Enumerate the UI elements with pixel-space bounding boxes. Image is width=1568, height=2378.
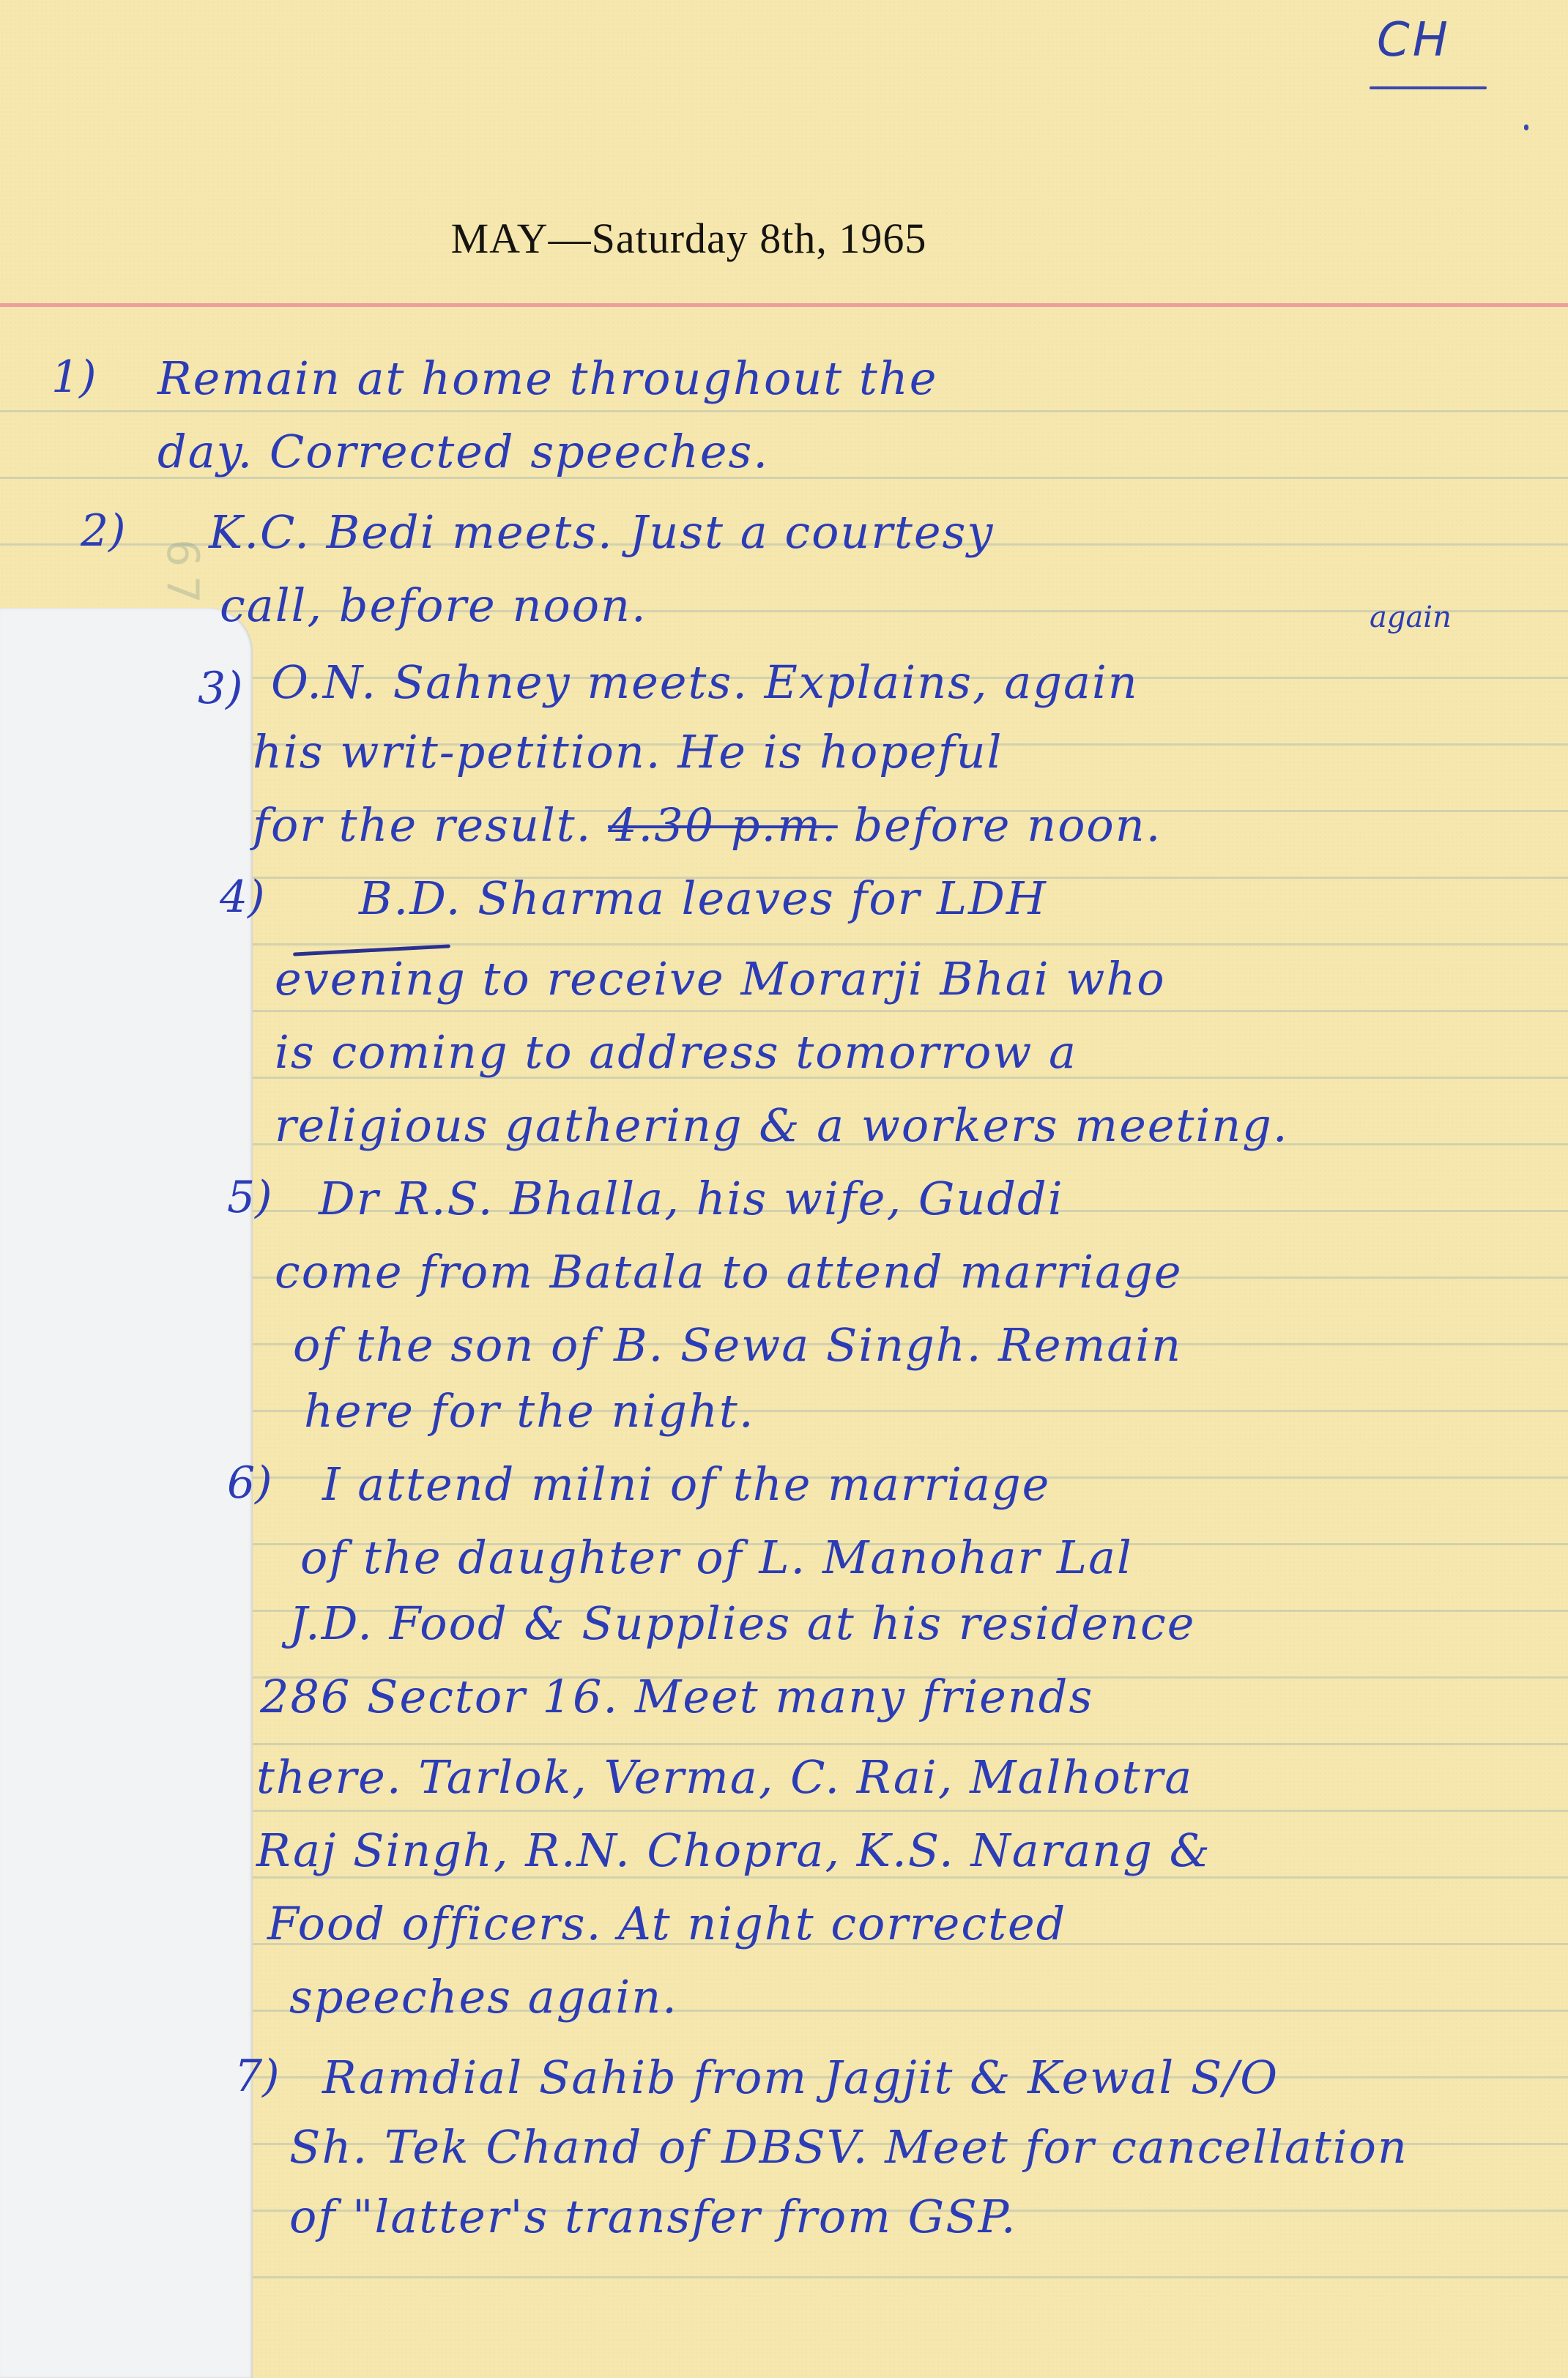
entry-line: his writ-petition. He is hopeful xyxy=(0,725,1568,779)
entry-line: I attend milni of the marriage xyxy=(0,1457,1568,1511)
entry-line: of the daughter of L. Manohar Lal xyxy=(0,1531,1568,1584)
entry-line: 286 Sector 16. Meet many friends xyxy=(0,1670,1568,1723)
entry-line: day. Corrected speeches. xyxy=(0,425,1568,478)
entry-line: Ramdial Sahib from Jagjit & Kewal S/O xyxy=(0,2051,1568,2104)
page-date-header: MAY—Saturday 8th, 1965 xyxy=(0,214,1568,263)
entry-line: Food officers. At night corrected xyxy=(0,1897,1568,1950)
struck-through-text: 4.30 p.m. xyxy=(608,798,838,852)
entry-line: Remain at home throughout the xyxy=(0,352,1568,405)
entry-line: come from Batala to attend marriage xyxy=(0,1245,1568,1298)
header-red-rule xyxy=(0,303,1568,307)
entry-line: of the son of B. Sewa Singh. Remain xyxy=(0,1318,1568,1372)
entry-line: O.N. Sahney meets. Explains, again xyxy=(0,655,1568,709)
entry-line: Raj Singh, R.N. Chopra, K.S. Narang & xyxy=(0,1824,1568,1877)
entry-line: there. Tarlok, Verma, C. Rai, Malhotra xyxy=(0,1750,1568,1804)
entry-line: B.D. Sharma leaves for LDH xyxy=(0,872,1568,925)
entry-line: Sh. Tek Chand of DBSV. Meet for cancella… xyxy=(0,2120,1568,2174)
entry-line: here for the night. xyxy=(0,1384,1568,1438)
entry-line: of "latter's transfer from GSP. xyxy=(0,2190,1568,2243)
date-heading: MAY—Saturday 8th, 1965 xyxy=(451,215,927,262)
entry-line: Dr R.S. Bhalla, his wife, Guddi xyxy=(0,1172,1568,1225)
corner-initials-underline xyxy=(1370,86,1487,89)
entry-line: evening to receive Morarji Bhai who xyxy=(0,952,1568,1006)
entry-line: call, before noon. xyxy=(0,579,1568,632)
entry-line-text: for the result. xyxy=(253,798,608,852)
entry-line: K.C. Bedi meets. Just a courtesy xyxy=(0,505,1568,559)
entry-line: religious gathering & a workers meeting. xyxy=(0,1099,1568,1152)
entry-line-text: before noon. xyxy=(838,798,1162,852)
corner-initials: CH xyxy=(1377,13,1451,67)
inserted-word: again xyxy=(1370,601,1452,634)
entry-line: is coming to address tomorrow a xyxy=(0,1025,1568,1079)
entry-line: for the result. 4.30 p.m. before noon. xyxy=(0,798,1568,852)
entry-line: speeches again. xyxy=(0,1970,1568,2024)
entry-line: J.D. Food & Supplies at his residence xyxy=(0,1597,1568,1650)
ink-dot xyxy=(1524,125,1528,130)
